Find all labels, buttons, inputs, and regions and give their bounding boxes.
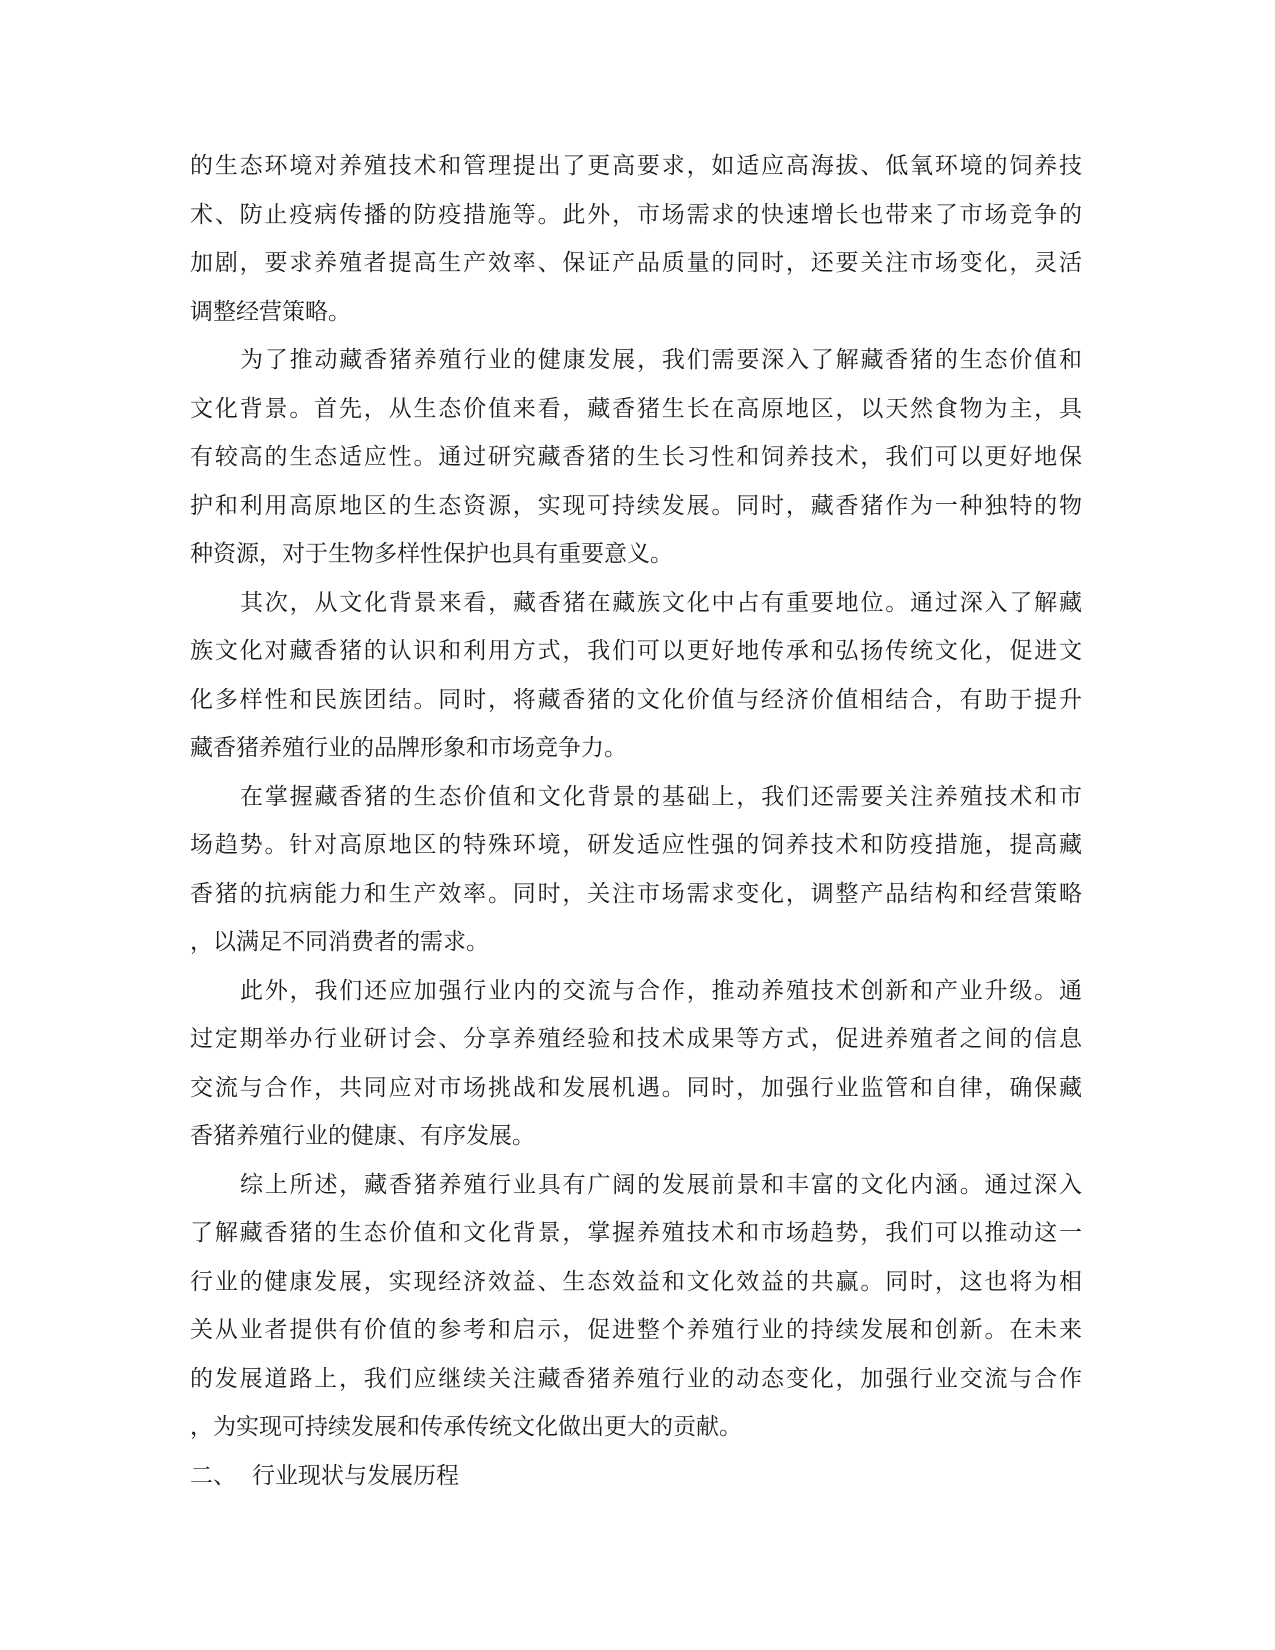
- text-line: 化多样性和民族团结。同时，将藏香猪的文化价值与经济价值相结合，有助于提升: [190, 676, 1082, 725]
- text-line: 文化背景。首先，从生态价值来看，藏香猪生长在高原地区，以天然食物为主，具: [190, 385, 1082, 434]
- text-line: 护和利用高原地区的生态资源，实现可持续发展。同时，藏香猪作为一种独特的物: [190, 482, 1082, 531]
- text-line: 香猪的抗病能力和生产效率。同时，关注市场需求变化，调整产品结构和经营策略: [190, 870, 1082, 919]
- text-line: 为了推动藏香猪养殖行业的健康发展，我们需要深入了解藏香猪的生态价值和: [190, 336, 1082, 385]
- text-line: 的发展道路上，我们应继续关注藏香猪养殖行业的动态变化，加强行业交流与合作: [190, 1355, 1082, 1404]
- text-line: ，为实现可持续发展和传承传统文化做出更大的贡献。: [190, 1403, 1082, 1452]
- section-heading: 二、行业现状与发展历程: [190, 1452, 1082, 1501]
- text-line: 过定期举办行业研讨会、分享养殖经验和技术成果等方式，促进养殖者之间的信息: [190, 1015, 1082, 1064]
- text-line: 有较高的生态适应性。通过研究藏香猪的生长习性和饲养技术，我们可以更好地保: [190, 433, 1082, 482]
- text-line: 行业的健康发展，实现经济效益、生态效益和文化效益的共赢。同时，这也将为相: [190, 1258, 1082, 1307]
- text-line: 种资源，对于生物多样性保护也具有重要意义。: [190, 530, 1082, 579]
- text-line: 其次，从文化背景来看，藏香猪在藏族文化中占有重要地位。通过深入了解藏: [190, 579, 1082, 628]
- document-page: 的生态环境对养殖技术和管理提出了更高要求，如适应高海拔、低氧环境的饲养技术、防止…: [0, 0, 1275, 1650]
- text-line: 此外，我们还应加强行业内的交流与合作，推动养殖技术创新和产业升级。通: [190, 967, 1082, 1016]
- text-line: 的生态环境对养殖技术和管理提出了更高要求，如适应高海拔、低氧环境的饲养技: [190, 142, 1082, 191]
- text-line: 了解藏香猪的生态价值和文化背景，掌握养殖技术和市场趋势，我们可以推动这一: [190, 1209, 1082, 1258]
- text-line: 场趋势。针对高原地区的特殊环境，研发适应性强的饲养技术和防疫措施，提高藏: [190, 821, 1082, 870]
- text-line: 综上所述，藏香猪养殖行业具有广阔的发展前景和丰富的文化内涵。通过深入: [190, 1161, 1082, 1210]
- text-line: 关从业者提供有价值的参考和启示，促进整个养殖行业的持续发展和创新。在未来: [190, 1306, 1082, 1355]
- text-line: 香猪养殖行业的健康、有序发展。: [190, 1112, 1082, 1161]
- text-line: 加剧，要求养殖者提高生产效率、保证产品质量的同时，还要关注市场变化，灵活: [190, 239, 1082, 288]
- text-line: 交流与合作，共同应对市场挑战和发展机遇。同时，加强行业监管和自律，确保藏: [190, 1064, 1082, 1113]
- section-heading-number: 二、: [190, 1452, 236, 1501]
- text-content: 的生态环境对养殖技术和管理提出了更高要求，如适应高海拔、低氧环境的饲养技术、防止…: [190, 142, 1082, 1500]
- text-line: ，以满足不同消费者的需求。: [190, 918, 1082, 967]
- text-line: 族文化对藏香猪的认识和利用方式，我们可以更好地传承和弘扬传统文化，促进文: [190, 627, 1082, 676]
- text-line: 调整经营策略。: [190, 288, 1082, 337]
- text-line: 术、防止疫病传播的防疫措施等。此外，市场需求的快速增长也带来了市场竞争的: [190, 191, 1082, 240]
- text-line: 藏香猪养殖行业的品牌形象和市场竞争力。: [190, 724, 1082, 773]
- section-heading-title: 行业现状与发展历程: [252, 1463, 459, 1488]
- text-line: 在掌握藏香猪的生态价值和文化背景的基础上，我们还需要关注养殖技术和市: [190, 773, 1082, 822]
